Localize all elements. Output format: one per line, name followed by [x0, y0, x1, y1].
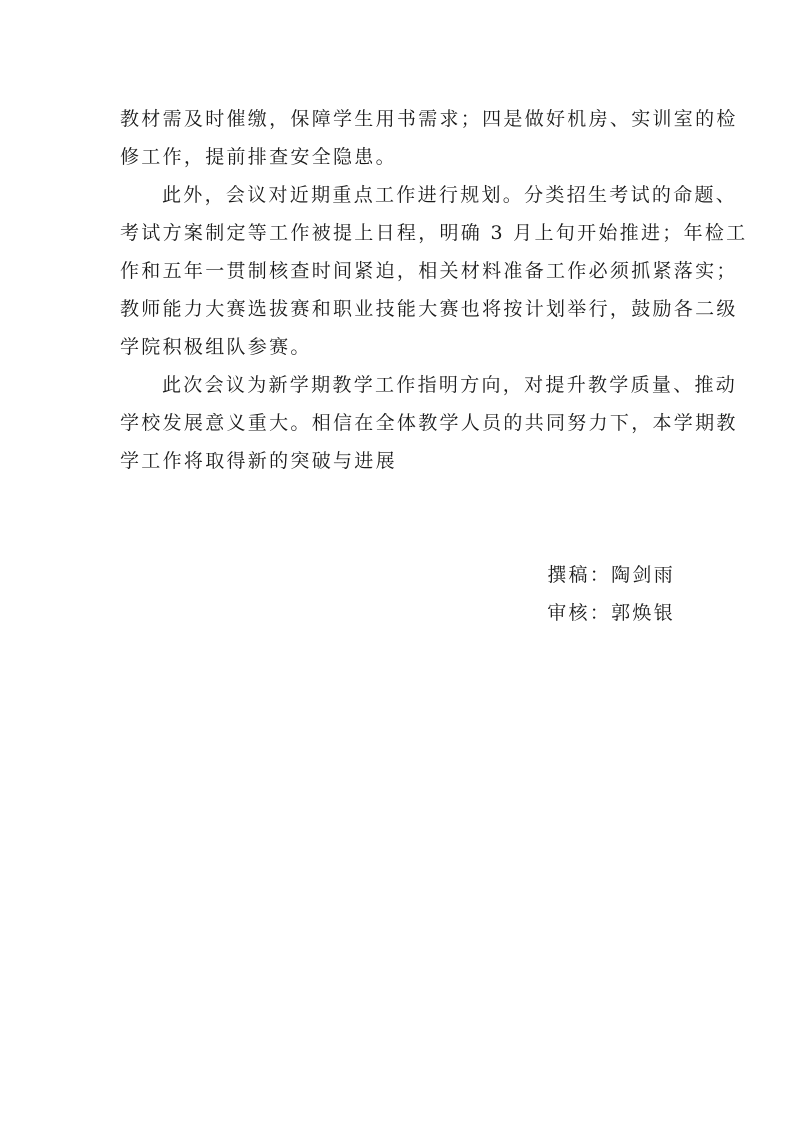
- text-line: 此外，会议对近期重点工作进行规划。分类招生考试的命题、: [120, 176, 675, 214]
- reviewer-signature: 审核：郭焕银: [547, 594, 675, 632]
- paragraph-planning: 此外，会议对近期重点工作进行规划。分类招生考试的命题、 考试方案制定等工作被提上…: [120, 176, 675, 366]
- author-signature: 撰稿：陶剑雨: [547, 556, 675, 594]
- document-body: 教材需及时催缴，保障学生用书需求；四是做好机房、实训室的检 修工作，提前排查安全…: [120, 100, 675, 480]
- paragraph-conclusion: 此次会议为新学期教学工作指明方向，对提升教学质量、推动 学校发展意义重大。相信在…: [120, 366, 675, 480]
- text-line: 学工作将取得新的突破与进展: [120, 442, 675, 480]
- text-line: 作和五年一贯制核查时间紧迫，相关材料准备工作必须抓紧落实；: [120, 252, 675, 290]
- text-line: 教材需及时催缴，保障学生用书需求；四是做好机房、实训室的检: [120, 100, 675, 138]
- text-line: 考试方案制定等工作被提上日程，明确 3 月上旬开始推进；年检工: [120, 214, 675, 252]
- text-line: 学院积极组队参赛。: [120, 328, 675, 366]
- text-line: 此次会议为新学期教学工作指明方向，对提升教学质量、推动: [120, 366, 675, 404]
- text-line: 教师能力大赛选拔赛和职业技能大赛也将按计划举行，鼓励各二级: [120, 290, 675, 328]
- text-line: 修工作，提前排查安全隐患。: [120, 138, 675, 176]
- text-line: 学校发展意义重大。相信在全体教学人员的共同努力下，本学期教: [120, 404, 675, 442]
- paragraph-continuation: 教材需及时催缴，保障学生用书需求；四是做好机房、实训室的检 修工作，提前排查安全…: [120, 100, 675, 176]
